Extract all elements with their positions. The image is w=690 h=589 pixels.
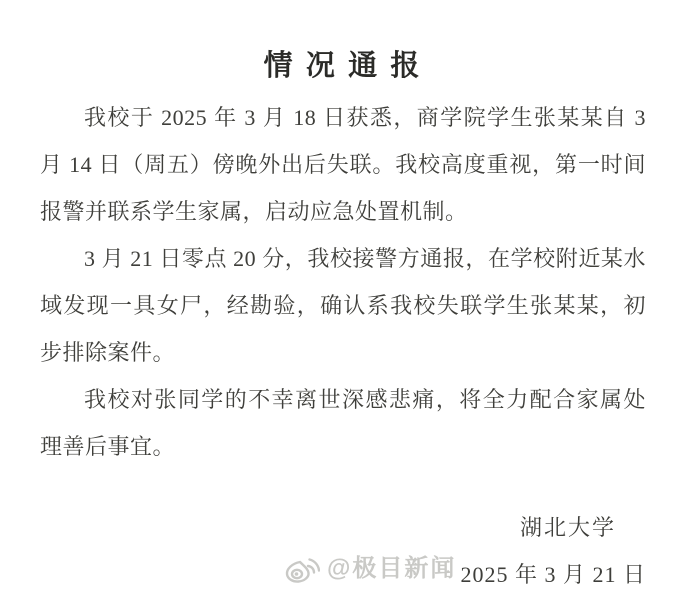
notice-paragraph-3: 我校对张同学的不幸离世深感悲痛，将全力配合家属处理善后事宜。	[40, 376, 646, 470]
weibo-icon	[284, 553, 320, 585]
issuer-signature: 湖北大学	[40, 512, 646, 544]
notice-body: 我校于 2025 年 3 月 18 日获悉，商学院学生张某某自 3 月 14 日…	[40, 94, 646, 470]
notice-paragraph-2: 3 月 21 日零点 20 分，我校接警方通报，在学校附近某水域发现一具女尸，经…	[40, 235, 646, 376]
watermark-text: @极目新闻	[327, 553, 456, 585]
notice-title: 情 况 通 报	[40, 46, 646, 86]
news-watermark: @极目新闻	[284, 553, 456, 585]
notice-paragraph-1: 我校于 2025 年 3 月 18 日获悉，商学院学生张某某自 3 月 14 日…	[40, 94, 646, 235]
notice-document: 情 况 通 报 我校于 2025 年 3 月 18 日获悉，商学院学生张某某自 …	[0, 0, 690, 589]
